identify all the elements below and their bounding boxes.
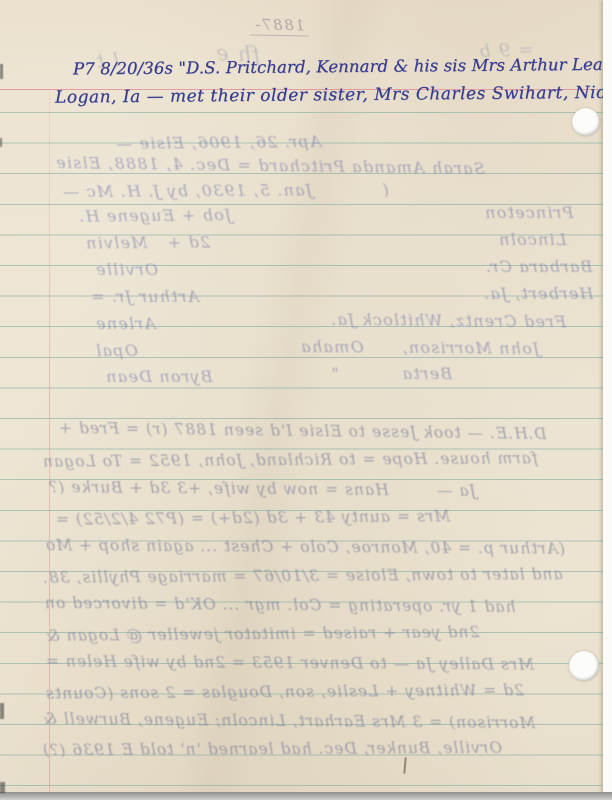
ghost-line: Barbara Cr. (485, 257, 592, 276)
ghost-line: 2d + Melvin (85, 232, 210, 252)
scan-bottom-edge (0, 792, 612, 800)
ghost-line: ( Jan. 5, 1930, by J. H. Mc — (62, 180, 389, 201)
ghost-line: Lincoln (498, 230, 566, 249)
ghost-line: Mrs Dalley Ja — to Denver 1953 = 2nd by … (45, 652, 534, 673)
ghost-line: Fred Crentz, Whitlock Ja. (330, 310, 566, 331)
edge-smudge (0, 782, 5, 793)
ghost-line: (Arthur p. = 40, Monroe, Colo + Chest ..… (45, 536, 565, 558)
ghost-line: and later to town, Eloise = 3/10/67 = ma… (42, 565, 563, 587)
ghost-line: Orville, Bunker, Dec. had learned 'n' to… (42, 739, 502, 759)
ghost-line: Arthur Jr. = (90, 287, 199, 306)
ghost-line: Mrs = aunty 43 + 3d (2d+) = (P72 4/2/52)… (55, 507, 450, 528)
edge-smudge (0, 138, 2, 147)
punch-hole-top (572, 108, 600, 136)
ghost-line: Opal (95, 341, 138, 360)
year-bleedthrough: 1887- (250, 15, 309, 36)
scan-background: { "page": { "year_bleedthrough": "1887-"… (0, 0, 612, 800)
ghost-line: 2d = Whitney + Leslie, son, Douglas = 2 … (45, 681, 524, 702)
ghost-line: 2nd year + raised = imitator jeweller @ … (45, 623, 479, 645)
ghost-line: Arlene (95, 314, 156, 333)
ghost-line: Herbert, Ja. (483, 284, 593, 303)
notebook-page: 1887- l tfh e= 9 b Apr. 26, 1906, Elsie … (0, 0, 604, 793)
ghost-line: Apr. 26, 1906, Elsie — (115, 132, 322, 153)
paper-right-edge (603, 0, 612, 800)
ghost-line: Byron Dean (105, 367, 213, 386)
ghost-line: farm house. Hope = to Richland, John, 19… (42, 449, 538, 470)
ghost-line: Princeton (484, 203, 573, 222)
punch-hole-bottom (569, 651, 599, 681)
ink-line-1: P7 8/20/36s "D.S. Pritchard, Kennard & h… (73, 55, 604, 79)
ghost-line: Orville (95, 260, 158, 279)
edge-smudge (0, 703, 4, 719)
edge-smudge (0, 64, 3, 79)
ghost-line: John Morrison, Omaha (300, 337, 540, 358)
ghost-line: Berta " (330, 364, 452, 383)
ghost-line: Ja — Hans = now by wife, +3 3d + Burke (… (48, 478, 476, 500)
ink-line-2: Logan, Ia — met their older sister, Mrs … (55, 82, 604, 107)
ghost-line: Job + Eugene H. (78, 205, 232, 225)
